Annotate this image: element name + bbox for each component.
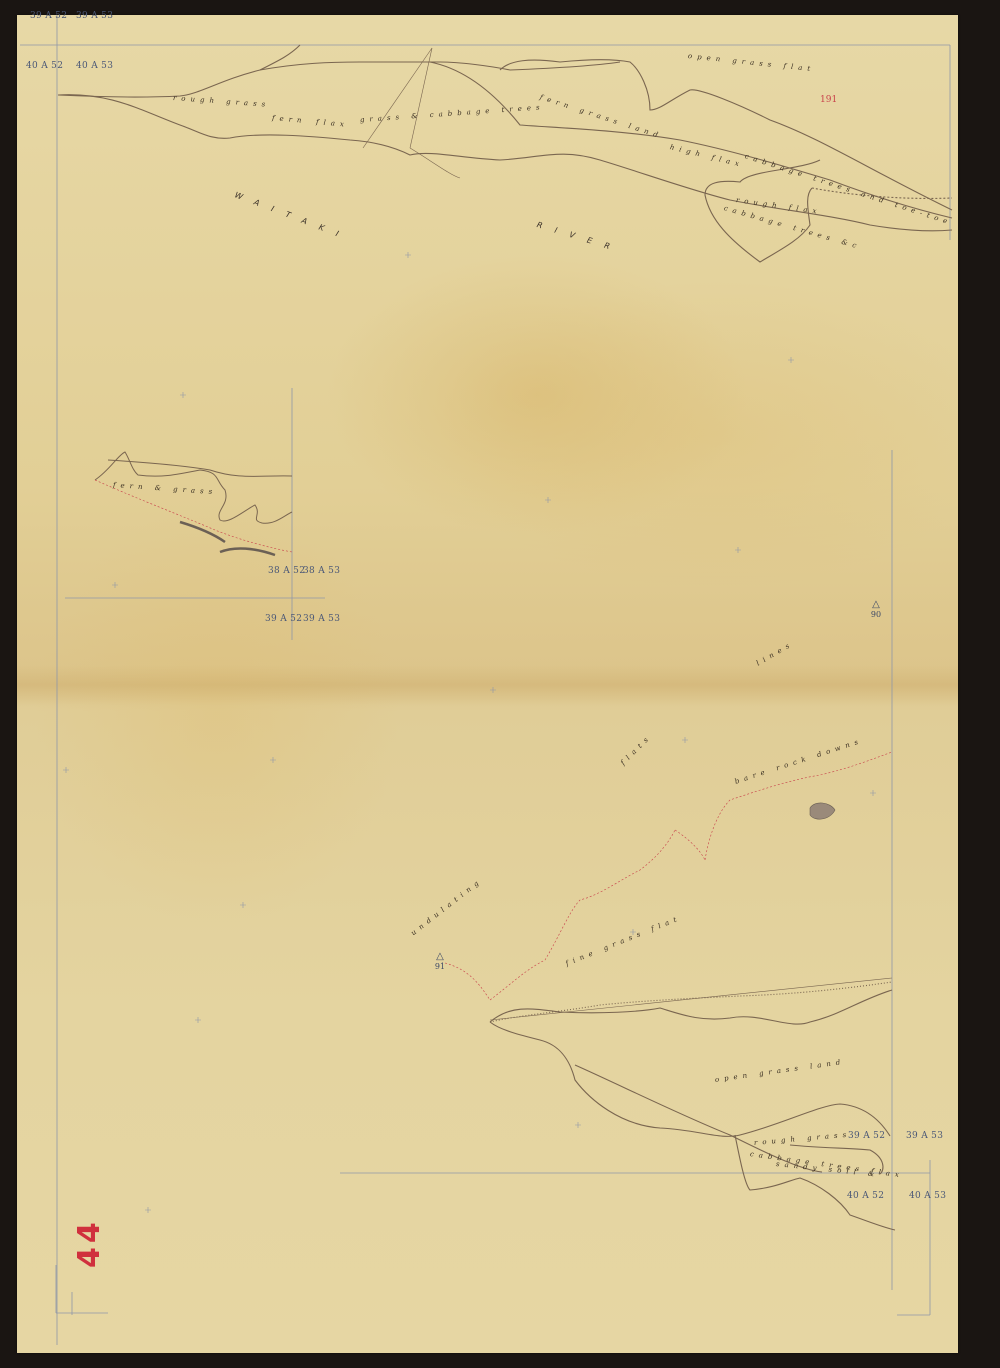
grid-label: 39 A 52	[265, 614, 302, 624]
triangle-icon: △	[430, 952, 450, 962]
grid-label: 40 A 52	[26, 61, 63, 71]
sheet-number: 44	[72, 1218, 107, 1268]
parcel-number: 191	[820, 95, 837, 105]
triangle-icon: △	[866, 600, 886, 610]
survey-lines-lower	[490, 803, 892, 1020]
river-banks-top	[58, 45, 952, 262]
red-boundary-lower	[445, 752, 892, 1000]
trig-number: 90	[866, 610, 886, 619]
grid-label: 38 A 53	[303, 566, 340, 576]
grid-label: 39 A 53	[906, 1131, 943, 1141]
survey-crosses	[63, 252, 876, 1213]
grid-label: 39 A 52	[30, 11, 67, 21]
grid-label: 40 A 53	[76, 61, 113, 71]
inset-river	[95, 452, 292, 555]
trig-station-91: △ 91	[430, 952, 450, 971]
grid-label: 39 A 53	[76, 11, 113, 21]
river-banks-lower	[490, 982, 895, 1230]
grid-label: 39 A 53	[303, 614, 340, 624]
grid-label: 38 A 52	[268, 566, 305, 576]
grid-label: 40 A 52	[847, 1191, 884, 1201]
map-linework	[0, 0, 1000, 1368]
grid-label: 40 A 53	[909, 1191, 946, 1201]
trig-station-90: △ 90	[866, 600, 886, 619]
trig-number: 91	[430, 962, 450, 971]
grid-label: 39 A 52	[848, 1131, 885, 1141]
